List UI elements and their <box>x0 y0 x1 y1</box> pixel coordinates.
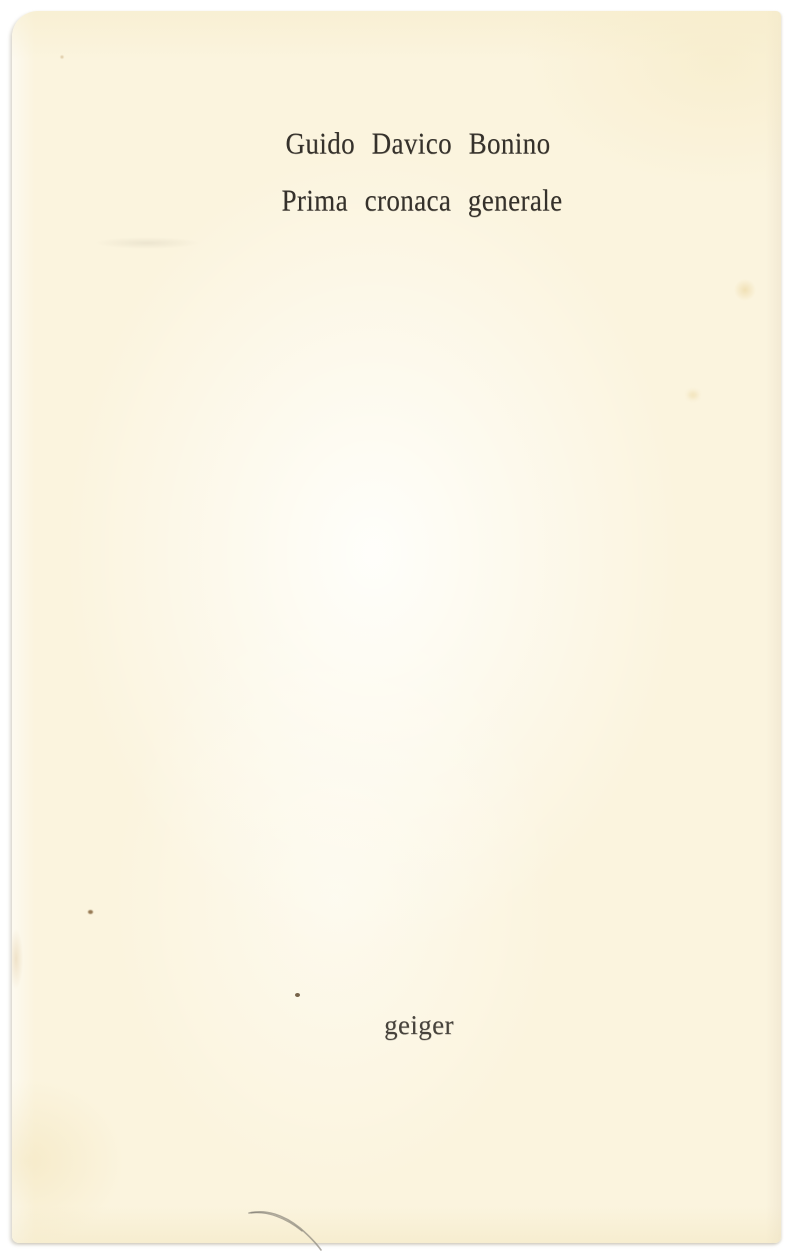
author-name: Guido Davico Bonino <box>286 129 551 159</box>
scanned-page-background: Guido Davico Bonino Prima cronaca genera… <box>0 0 800 1257</box>
ink-speck <box>295 993 300 997</box>
book-title: Prima cronaca generale <box>281 186 562 216</box>
pencil-mark <box>234 1196 344 1256</box>
foxing-dot <box>88 910 93 914</box>
publisher-imprint: geiger <box>384 1012 454 1039</box>
book-title-page-paper: Guido Davico Bonino Prima cronaca genera… <box>12 11 781 1243</box>
faint-stain <box>688 391 698 399</box>
